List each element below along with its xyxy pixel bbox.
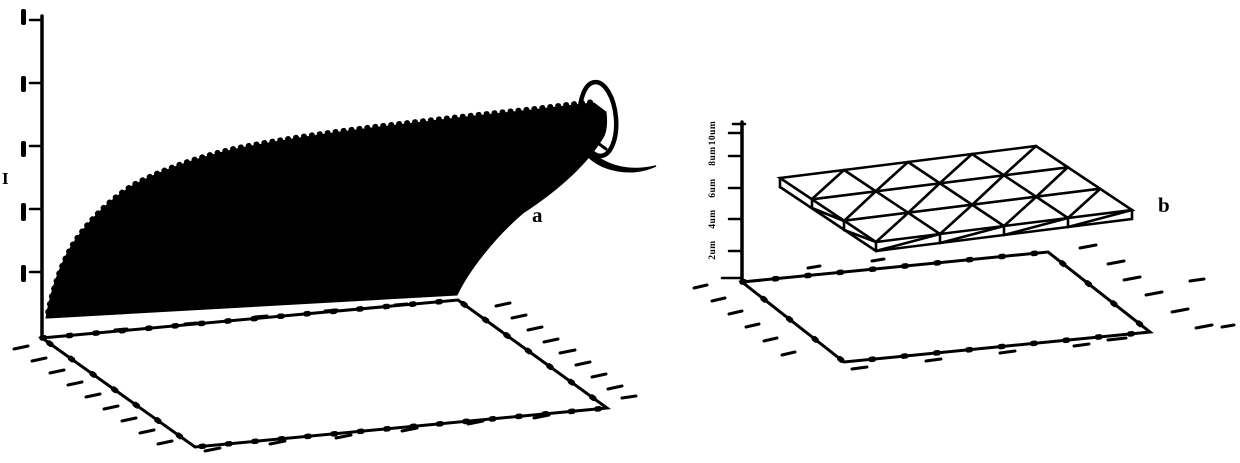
panel-b-ztick-2um: 2um [708, 240, 718, 259]
panel-a-zaxis-title: I [2, 169, 9, 188]
panel-b-label: b [1158, 193, 1170, 217]
panel-a-base-edge-ticks [42, 300, 607, 447]
panel-b-zaxis-ticks [722, 133, 742, 278]
panel-a-zaxis-tick-labels-illegible [21, 9, 26, 282]
panel-a: I a [2, 9, 656, 451]
panel-b-ztick-4um: 4um [708, 209, 718, 228]
panel-b-wireframe-mesh [780, 146, 1132, 251]
panel-a-zaxis-ticks [30, 20, 42, 272]
panel-b-ztick-10um: 10um [708, 121, 718, 146]
panel-b-ztick-6um: 6um [708, 178, 718, 197]
panel-b-right-edge-tick-dashes [1080, 245, 1234, 340]
panel-b: 2um 4um 6um 8um 10um b [694, 121, 1234, 369]
panel-a-left-edge-tick-dashes [14, 346, 172, 444]
panel-a-front-edge-tick-dashes [205, 415, 549, 451]
figure-canvas: I a 2um 4u [0, 0, 1240, 463]
panel-a-right-edge-tick-dashes [496, 303, 636, 398]
panel-a-base-plane [42, 300, 607, 447]
panel-b-left-edge-tick-dashes [694, 285, 795, 355]
panel-b-ztick-8um: 8um [708, 146, 718, 165]
panel-a-label: a [532, 203, 543, 227]
figure-svg: I a 2um 4u [0, 0, 1240, 463]
